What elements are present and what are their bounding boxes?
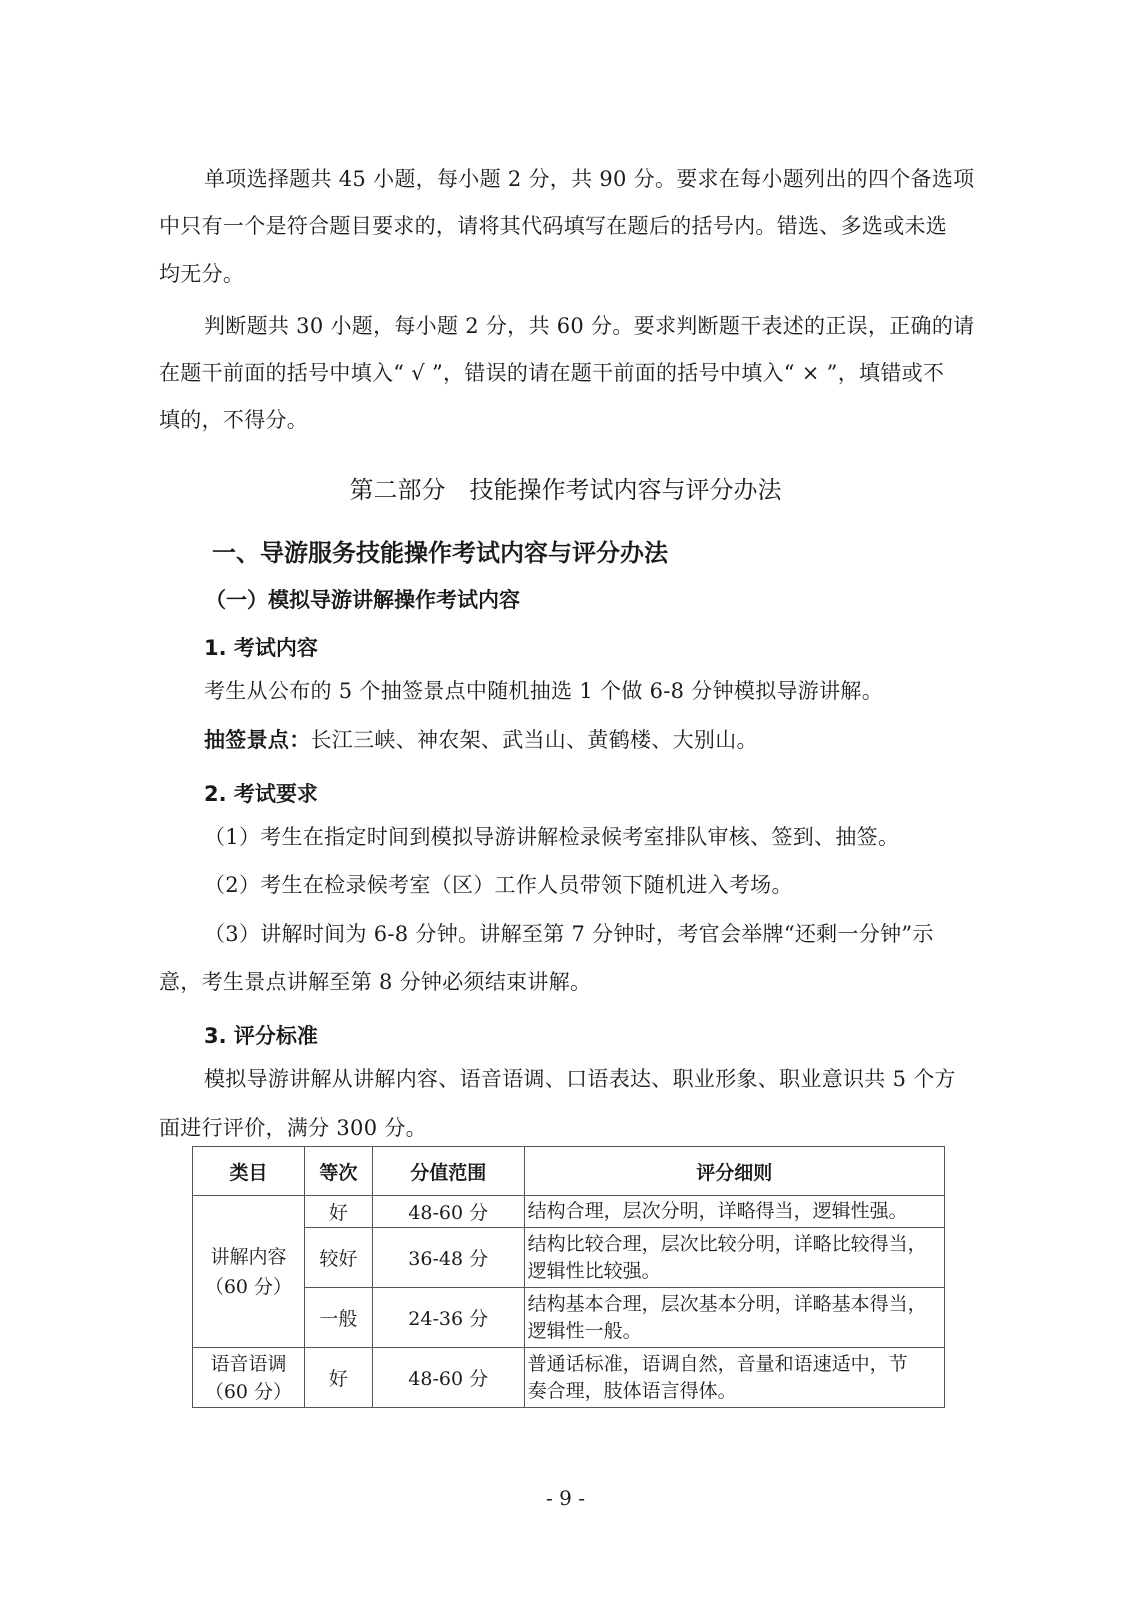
requirement-1: （1）考生在指定时间到模拟导游讲解检录候考室排队审核、签到、抽签。 — [204, 827, 899, 848]
detail-line: 普通话标准，语调自然，音量和语速适中，节 — [528, 1351, 941, 1378]
detail-line: 结构合理，层次分明，详略得当，逻辑性强。 — [528, 1198, 941, 1225]
grade-cell: 一般 — [304, 1288, 372, 1348]
text-line: 判断题共 30 小题，每小题 2 分，共 60 分。要求判断题干表述的正误，正确… — [204, 316, 974, 337]
requirement-3-line2: 意，考生景点讲解至第 8 分钟必须结束讲解。 — [159, 972, 591, 993]
detail-line: 逻辑性比较强。 — [528, 1258, 941, 1285]
detail-cell: 结构基本合理，层次基本分明，详略基本得当， 逻辑性一般。 — [524, 1288, 944, 1348]
requirement-3-line1: （3）讲解时间为 6-8 分钟。讲解至第 7 分钟时，考官会举牌“还剩一分钟”示 — [204, 924, 934, 945]
grade-cell: 较好 — [304, 1228, 372, 1288]
item-title-exam-content: 1. 考试内容 — [204, 632, 318, 662]
category-cell: 讲解内容 （60 分） — [193, 1196, 305, 1348]
text-line: 在题干前面的括号中填入“ √ ”，错误的请在题干前面的括号中填入“ × ”，填错… — [159, 363, 944, 384]
category-cell: 语音语调 （60 分） — [193, 1348, 305, 1408]
part-title: 第二部分 技能操作考试内容与评分办法 — [0, 470, 1131, 505]
table-row: 较好 36-48 分 结构比较合理，层次比较分明，详略比较得当， 逻辑性比较强。 — [193, 1228, 945, 1288]
header-score-range: 分值范围 — [372, 1147, 524, 1196]
header-grade: 等次 — [304, 1147, 372, 1196]
header-scoring-details: 评分细则 — [524, 1147, 944, 1196]
text-line: 中只有一个是符合题目要求的，请将其代码填写在题后的括号内。错选、多选或未选 — [159, 216, 947, 237]
category-score: （60 分） — [196, 1272, 301, 1302]
range-cell: 48-60 分 — [372, 1348, 524, 1408]
detail-line: 结构基本合理，层次基本分明，详略基本得当， — [528, 1291, 941, 1318]
requirement-2: （2）考生在检录候考室（区）工作人员带领下随机进入考场。 — [204, 875, 793, 896]
draw-spots-label: 抽签景点： — [204, 728, 311, 752]
range-cell: 24-36 分 — [372, 1288, 524, 1348]
page-number: - 9 - — [0, 1486, 1131, 1510]
detail-line: 逻辑性一般。 — [528, 1318, 941, 1345]
grade-cell: 好 — [304, 1348, 372, 1408]
table-header-row: 类目 等次 分值范围 评分细则 — [193, 1147, 945, 1196]
scoring-text-line1: 模拟导游讲解从讲解内容、语音语调、口语表达、职业形象、职业意识共 5 个方 — [204, 1069, 956, 1090]
exam-content-text: 考生从公布的 5 个抽签景点中随机抽选 1 个做 6-8 分钟模拟导游讲解。 — [204, 681, 883, 702]
item-title-scoring-criteria: 3. 评分标准 — [204, 1020, 318, 1050]
detail-cell: 结构比较合理，层次比较分明，详略比较得当， 逻辑性比较强。 — [524, 1228, 944, 1288]
scoring-text-line2: 面进行评价，满分 300 分。 — [159, 1118, 427, 1139]
table-row: 一般 24-36 分 结构基本合理，层次基本分明，详略基本得当， 逻辑性一般。 — [193, 1288, 945, 1348]
text-line: 填的，不得分。 — [159, 410, 308, 431]
table-row: 讲解内容 （60 分） 好 48-60 分 结构合理，层次分明，详略得当，逻辑性… — [193, 1196, 945, 1228]
draw-spots-list: 长江三峡、神农架、武当山、黄鹤楼、大别山。 — [311, 728, 758, 752]
text-line: 单项选择题共 45 小题，每小题 2 分，共 90 分。要求在每小题列出的四个备… — [204, 169, 974, 190]
detail-line: 结构比较合理，层次比较分明，详略比较得当， — [528, 1231, 941, 1258]
category-score: （60 分） — [196, 1378, 301, 1406]
subsection-title: （一）模拟导游讲解操作考试内容 — [205, 584, 520, 614]
range-cell: 48-60 分 — [372, 1196, 524, 1228]
range-cell: 36-48 分 — [372, 1228, 524, 1288]
category-name: 语音语调 — [196, 1350, 301, 1378]
detail-cell: 普通话标准，语调自然，音量和语速适中，节 奏合理，肢体语言得体。 — [524, 1348, 944, 1408]
category-name: 讲解内容 — [196, 1242, 301, 1272]
scoring-table: 类目 等次 分值范围 评分细则 讲解内容 （60 分） 好 48-60 分 结构… — [192, 1146, 945, 1408]
header-category: 类目 — [193, 1147, 305, 1196]
item-title-exam-requirements: 2. 考试要求 — [204, 778, 318, 808]
detail-line: 奏合理，肢体语言得体。 — [528, 1378, 941, 1405]
draw-spots-line: 抽签景点：长江三峡、神农架、武当山、黄鹤楼、大别山。 — [204, 730, 758, 751]
text-line: 均无分。 — [159, 264, 244, 285]
detail-cell: 结构合理，层次分明，详略得当，逻辑性强。 — [524, 1196, 944, 1228]
grade-cell: 好 — [304, 1196, 372, 1228]
section-title: 一、导游服务技能操作考试内容与评分办法 — [212, 533, 668, 568]
table-row: 语音语调 （60 分） 好 48-60 分 普通话标准，语调自然，音量和语速适中… — [193, 1348, 945, 1408]
